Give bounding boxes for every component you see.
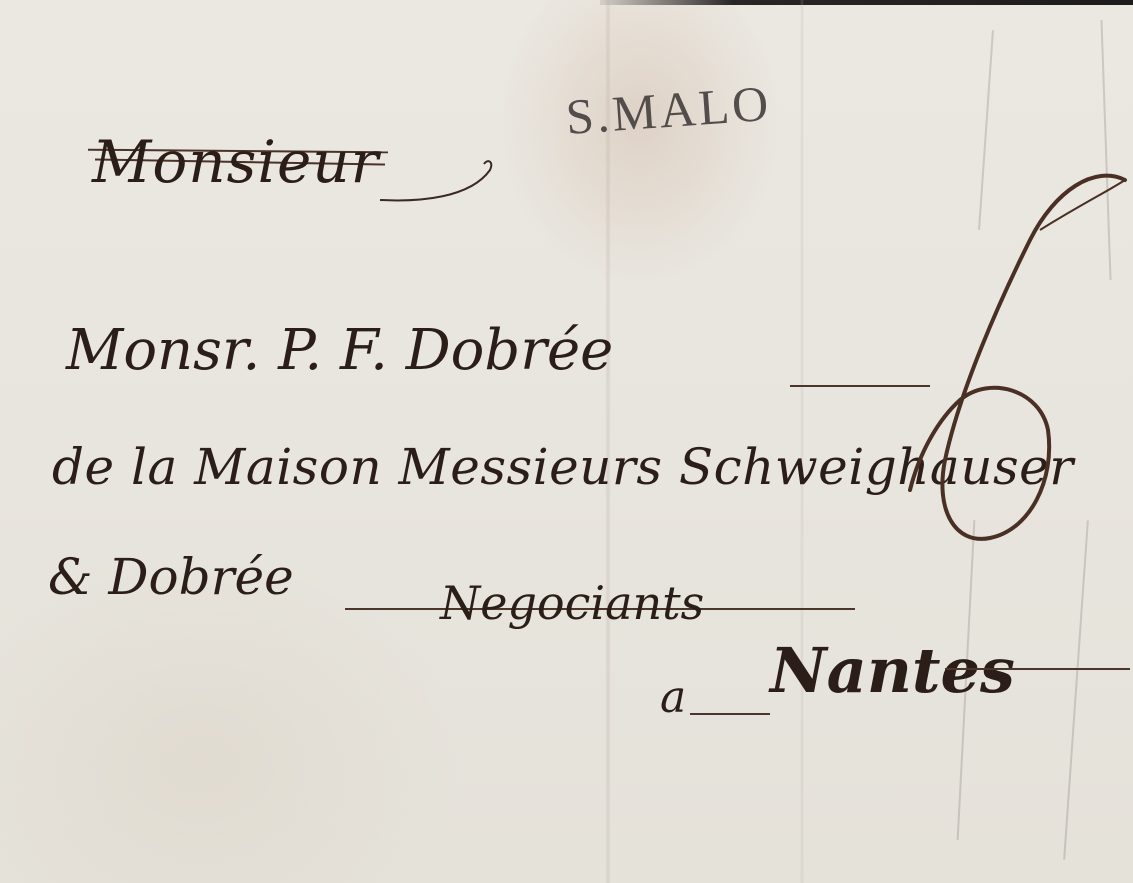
salutation-text: Monsieur [92,128,379,196]
occupation-text: Negociants [440,576,704,630]
town-postmark: S.MALO [564,74,773,146]
underline-dash [945,668,1130,670]
recipient-name: Monsr. P. F. Dobrée [66,318,613,383]
firm-name-line-2: & Dobrée [48,548,294,606]
underline-dash [690,713,770,715]
letter-cover: S.MALO Monsieur Monsr. P. F. Dobrée de l… [0,0,1133,883]
destination-city: Nantes [770,634,1015,707]
background-edge [600,0,1133,5]
flourish-icon [380,150,500,210]
destination-prefix: a [660,672,686,723]
rate-numeral-six-icon [880,160,1133,560]
show-through-ink [1063,520,1089,859]
